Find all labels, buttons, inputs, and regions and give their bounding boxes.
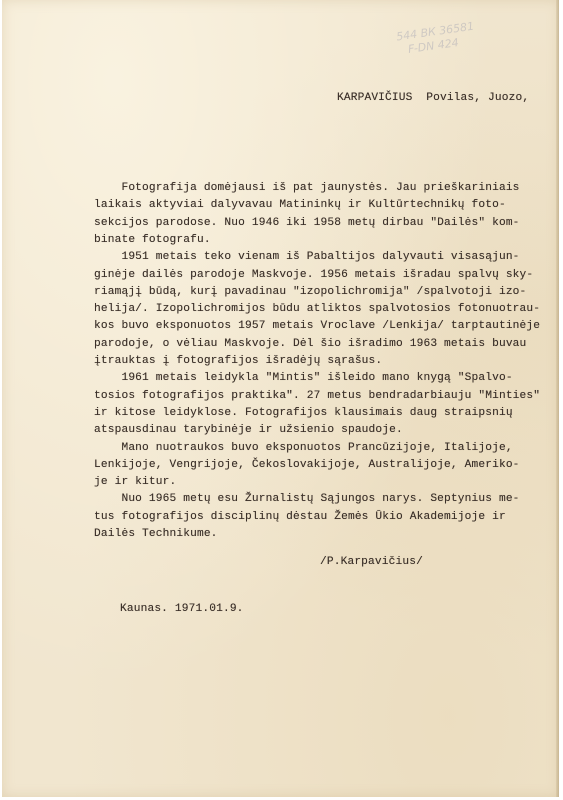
body-line: je ir kitur. — [94, 476, 176, 488]
body-line: 1951 metais teko vienam iš Pabaltijos da… — [94, 251, 520, 263]
document-page: 544 ВК 36581 F-DN 424 KARPAVIČIUS Povila… — [2, 0, 559, 797]
body-line: įtrauktas į fotografijos išradėjų sąrašu… — [94, 355, 382, 367]
body-line: helija/. Izopolichromijos būdu atliktos … — [94, 303, 540, 315]
body-line: parodoje, o vėliau Maskvoje. Dėl šio išr… — [94, 338, 526, 350]
body-line: binate fotografu. — [94, 234, 211, 246]
body-line: Mano nuotraukos buvo eksponuotos Prancūz… — [94, 442, 513, 454]
body-line: Lenkijoje, Vengrijoje, Čekoslovakijoje, … — [94, 459, 520, 471]
body-line: 1961 metais leidykla "Mintis" išleido ma… — [94, 372, 513, 384]
body-line: riamąjį būdą, kurį pavadinau "izopolichr… — [94, 286, 526, 298]
place-date: Kaunas. 1971.01.9. — [120, 603, 244, 615]
signature: /P.Karpavičius/ — [320, 556, 423, 568]
body-line: laikais aktyviai dalyvavau Matininkų ir … — [94, 199, 506, 211]
body-line: kos buvo eksponuotos 1957 metais Vroclav… — [94, 320, 540, 332]
faint-stamp-mark — [250, 558, 264, 572]
body-line: tus fotografijos disciplinų dėstau Žemės… — [94, 511, 506, 523]
body-line: ginėje dailės parodoje Maskvoje. 1956 me… — [94, 269, 533, 281]
body-line: ir kitose leidyklose. Fotografijos klaus… — [94, 407, 513, 419]
body-line: atspausdinau tarybinėje ir užsienio spau… — [94, 424, 403, 436]
body-line: sekcijos parodose. Nuo 1946 iki 1958 met… — [94, 217, 520, 229]
archive-stamp: 544 ВК 36581 F-DN 424 — [395, 20, 476, 59]
body-line: Nuo 1965 metų esu Žurnalistų Sąjungos na… — [94, 493, 520, 505]
body-line: Dailės Technikume. — [94, 528, 218, 540]
body-line: Fotografija domėjausi iš pat jaunystės. … — [94, 182, 520, 194]
body-line: tosios fotografijos praktika". 27 metus … — [94, 390, 540, 402]
document-header: KARPAVIČIUS Povilas, Juozo, — [337, 92, 529, 104]
